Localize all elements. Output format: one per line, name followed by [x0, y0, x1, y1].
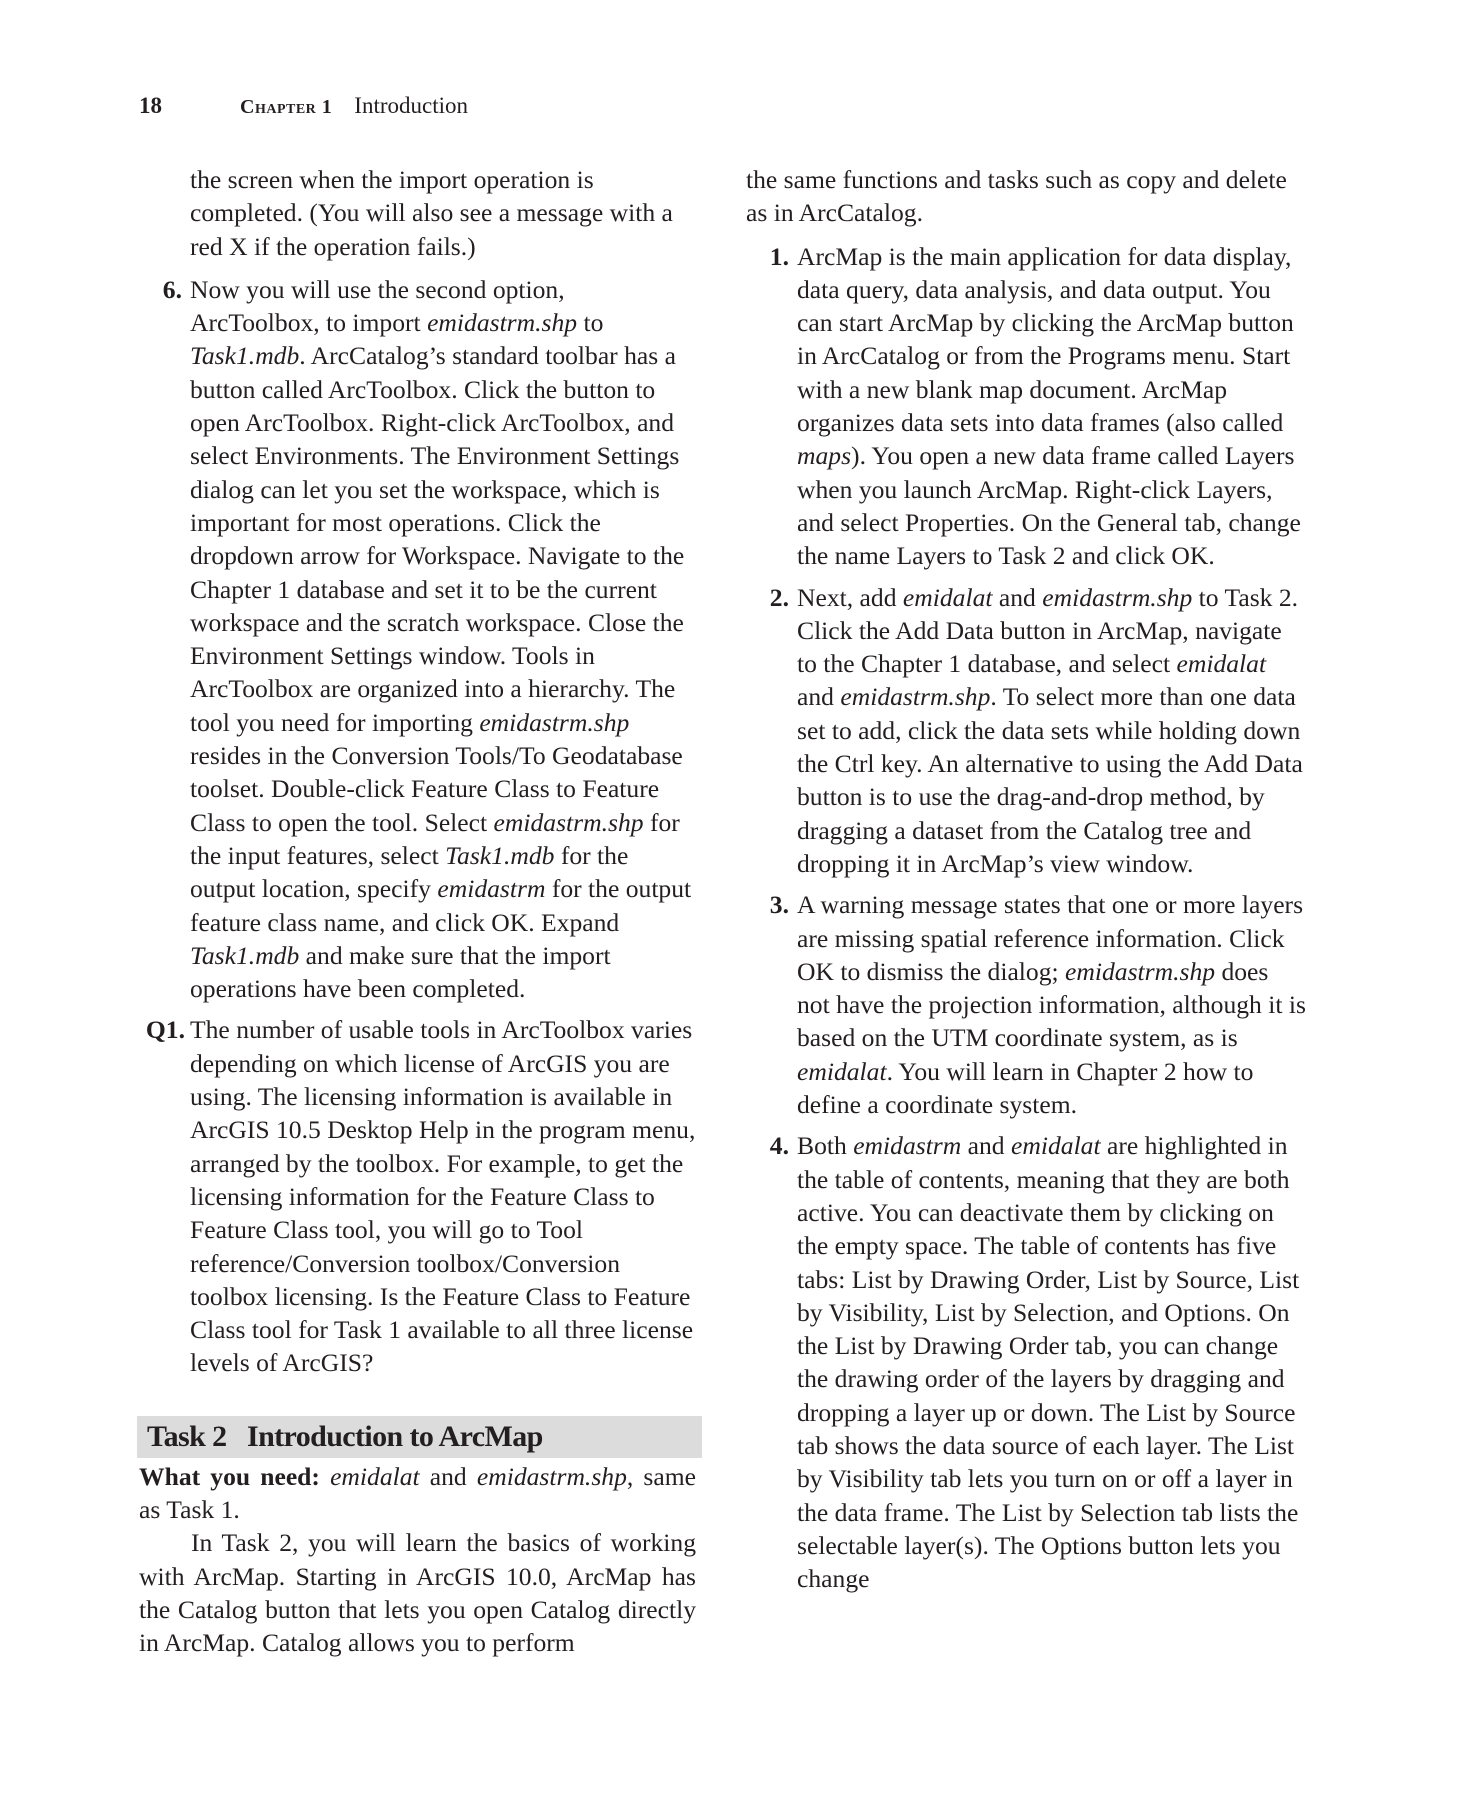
left-column: the screen when the import operation is …: [139, 163, 696, 1659]
step-2: 2. Next, add emidalat and emidastrm.shp …: [746, 581, 1306, 881]
step-text: Next, add emidalat and emidastrm.shp to …: [797, 581, 1306, 881]
step-number: 2.: [746, 581, 789, 614]
chapter-label: Chapter 1: [240, 96, 332, 118]
question-text: The number of usable tools in ArcToolbox…: [190, 1013, 696, 1379]
task-title: Introduction to ArcMap: [247, 1420, 543, 1453]
step-number: 1.: [746, 240, 789, 273]
task-label: Task 2: [147, 1416, 247, 1458]
chapter-title: Introduction: [354, 93, 468, 118]
task-2-intro: In Task 2, you will learn the basics of …: [139, 1526, 696, 1659]
step-number: 3.: [746, 888, 789, 921]
question-number: Q1.: [139, 1013, 185, 1046]
step-text: A warning message states that one or mor…: [797, 888, 1306, 1121]
step-4: 4. Both emidastrm and emidalat are highl…: [746, 1129, 1306, 1595]
step-text: Now you will use the second option, ArcT…: [190, 273, 696, 1006]
step-number: 6.: [139, 273, 182, 306]
chapter-label-text: Chapter 1: [240, 96, 332, 118]
step-6: 6. Now you will use the second option, A…: [139, 273, 696, 1006]
step-3: 3. A warning message states that one or …: [746, 888, 1306, 1121]
what-you-need-label: What you need:: [139, 1462, 320, 1491]
step-number: 4.: [746, 1129, 789, 1162]
right-column: the same functions and tasks such as cop…: [746, 163, 1306, 1595]
continuation-paragraph: the screen when the import operation is …: [139, 163, 696, 263]
question-q1: Q1. The number of usable tools in ArcToo…: [139, 1013, 696, 1379]
task-2-heading: Task 2Introduction to ArcMap: [137, 1416, 702, 1458]
step-1: 1. ArcMap is the main application for da…: [746, 240, 1306, 573]
running-header: 18Chapter 1Introduction: [139, 92, 468, 121]
page-number: 18: [139, 92, 240, 120]
what-you-need: What you need: emidalat and emidastrm.sh…: [139, 1460, 696, 1527]
step-text: Both emidastrm and emidalat are highligh…: [797, 1129, 1306, 1595]
continuation-paragraph: the same functions and tasks such as cop…: [746, 163, 1306, 230]
step-text: ArcMap is the main application for data …: [797, 240, 1306, 573]
